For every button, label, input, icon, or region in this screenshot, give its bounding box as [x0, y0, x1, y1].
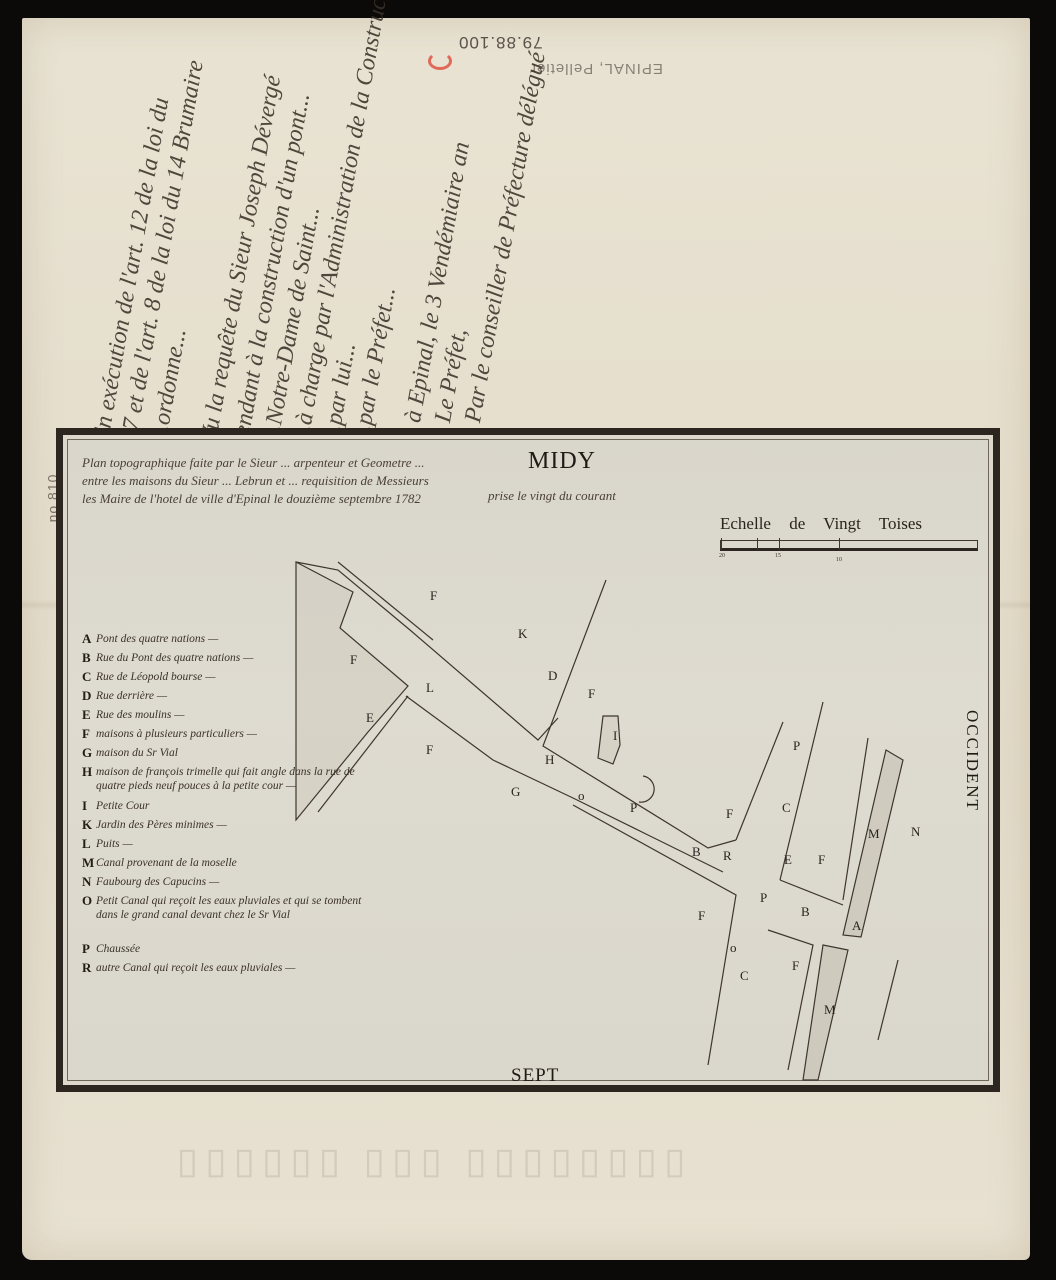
map-frame: Plan topographique faite par le Sieur ..… [56, 428, 1000, 1092]
legend-item: MCanal provenant de la moselle [82, 856, 382, 875]
plan-label: R [723, 848, 732, 863]
legend-item: Gmaison du Sr Vial [82, 746, 382, 765]
plan-label: F [792, 958, 799, 973]
legend-item: DRue derrière — [82, 689, 382, 708]
plan-label: A [852, 918, 862, 933]
legend-item: APont des quatre nations — [82, 632, 382, 651]
plan-label: B [692, 844, 701, 859]
catalog-number: 79.88.100 [458, 32, 543, 52]
plan-label: N [911, 824, 921, 839]
legend-item: NFaubourg des Capucins — [82, 875, 382, 894]
plan-label: C [782, 800, 791, 815]
plan-label: M [824, 1002, 836, 1017]
plan-label: G [511, 784, 520, 799]
plan-label: H [545, 752, 554, 767]
plan-label: F [698, 908, 705, 923]
legend-item: CRue de Léopold bourse — [82, 670, 382, 689]
plan-label: L [426, 680, 434, 695]
plan-label: F [726, 806, 733, 821]
legend-item: BRue du Pont des quatre nations — [82, 651, 382, 670]
plan-label: B [801, 904, 810, 919]
plan-label: D [548, 668, 557, 683]
legend-item: PChaussée [82, 942, 382, 961]
legend-item: Hmaison de françois trimelle qui fait an… [82, 765, 382, 799]
plan-label: F [430, 588, 437, 603]
plan-label: K [518, 626, 528, 641]
legend-item: Fmaisons à plusieurs particuliers — [82, 727, 382, 746]
map-area: Plan topographique faite par le Sieur ..… [67, 439, 989, 1081]
plan-label: o [578, 788, 585, 803]
red-stamp-mark [428, 52, 452, 70]
plan-label: M [868, 826, 880, 841]
map-legend: APont des quatre nations — BRue du Pont … [82, 632, 382, 980]
bleed-through-text: ▯▯▯▯▯▯ ▯▯▯ ▯▯▯▯▯▯▯▯ [177, 1140, 693, 1182]
legend-item: IPetite Cour [82, 799, 382, 818]
plan-label: C [740, 968, 749, 983]
plan-label: o [730, 940, 737, 955]
plan-label: I [613, 728, 617, 743]
plan-label: F [818, 852, 825, 867]
plan-label: E [784, 852, 792, 867]
legend-item: ERue des moulins — [82, 708, 382, 727]
legend-item: Rautre Canal qui reçoit les eaux pluvial… [82, 961, 382, 980]
legend-item: OPetit Canal qui reçoit les eaux pluvial… [82, 894, 382, 942]
plan-label: F [588, 686, 595, 701]
plan-label: P [793, 738, 800, 753]
plan-label: F [426, 742, 433, 757]
plan-label: P [630, 800, 637, 815]
legend-item: KJardin des Pères minimes — [82, 818, 382, 837]
legend-item: LPuits — [82, 837, 382, 856]
plan-label: P [760, 890, 767, 905]
